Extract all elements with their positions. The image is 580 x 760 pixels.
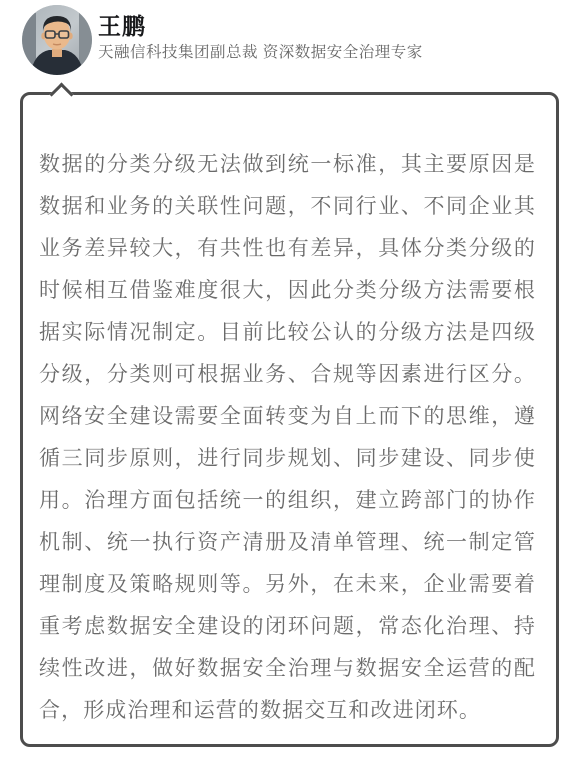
- profile-header: 王鹏 天融信科技集团副总裁 资深数据安全治理专家: [0, 0, 580, 86]
- quote-bubble: 数据的分类分级无法做到统一标准，其主要原因是数据和业务的关联性问题，不同行业、不…: [20, 92, 559, 747]
- quote-text: 数据的分类分级无法做到统一标准，其主要原因是数据和业务的关联性问题，不同行业、不…: [39, 144, 536, 732]
- profile-name: 王鹏: [98, 12, 146, 40]
- avatar: [22, 5, 92, 75]
- bubble-pointer-icon: [49, 82, 73, 106]
- avatar-photo: [22, 5, 92, 75]
- profile-title: 天融信科技集团副总裁 资深数据安全治理专家: [98, 43, 423, 63]
